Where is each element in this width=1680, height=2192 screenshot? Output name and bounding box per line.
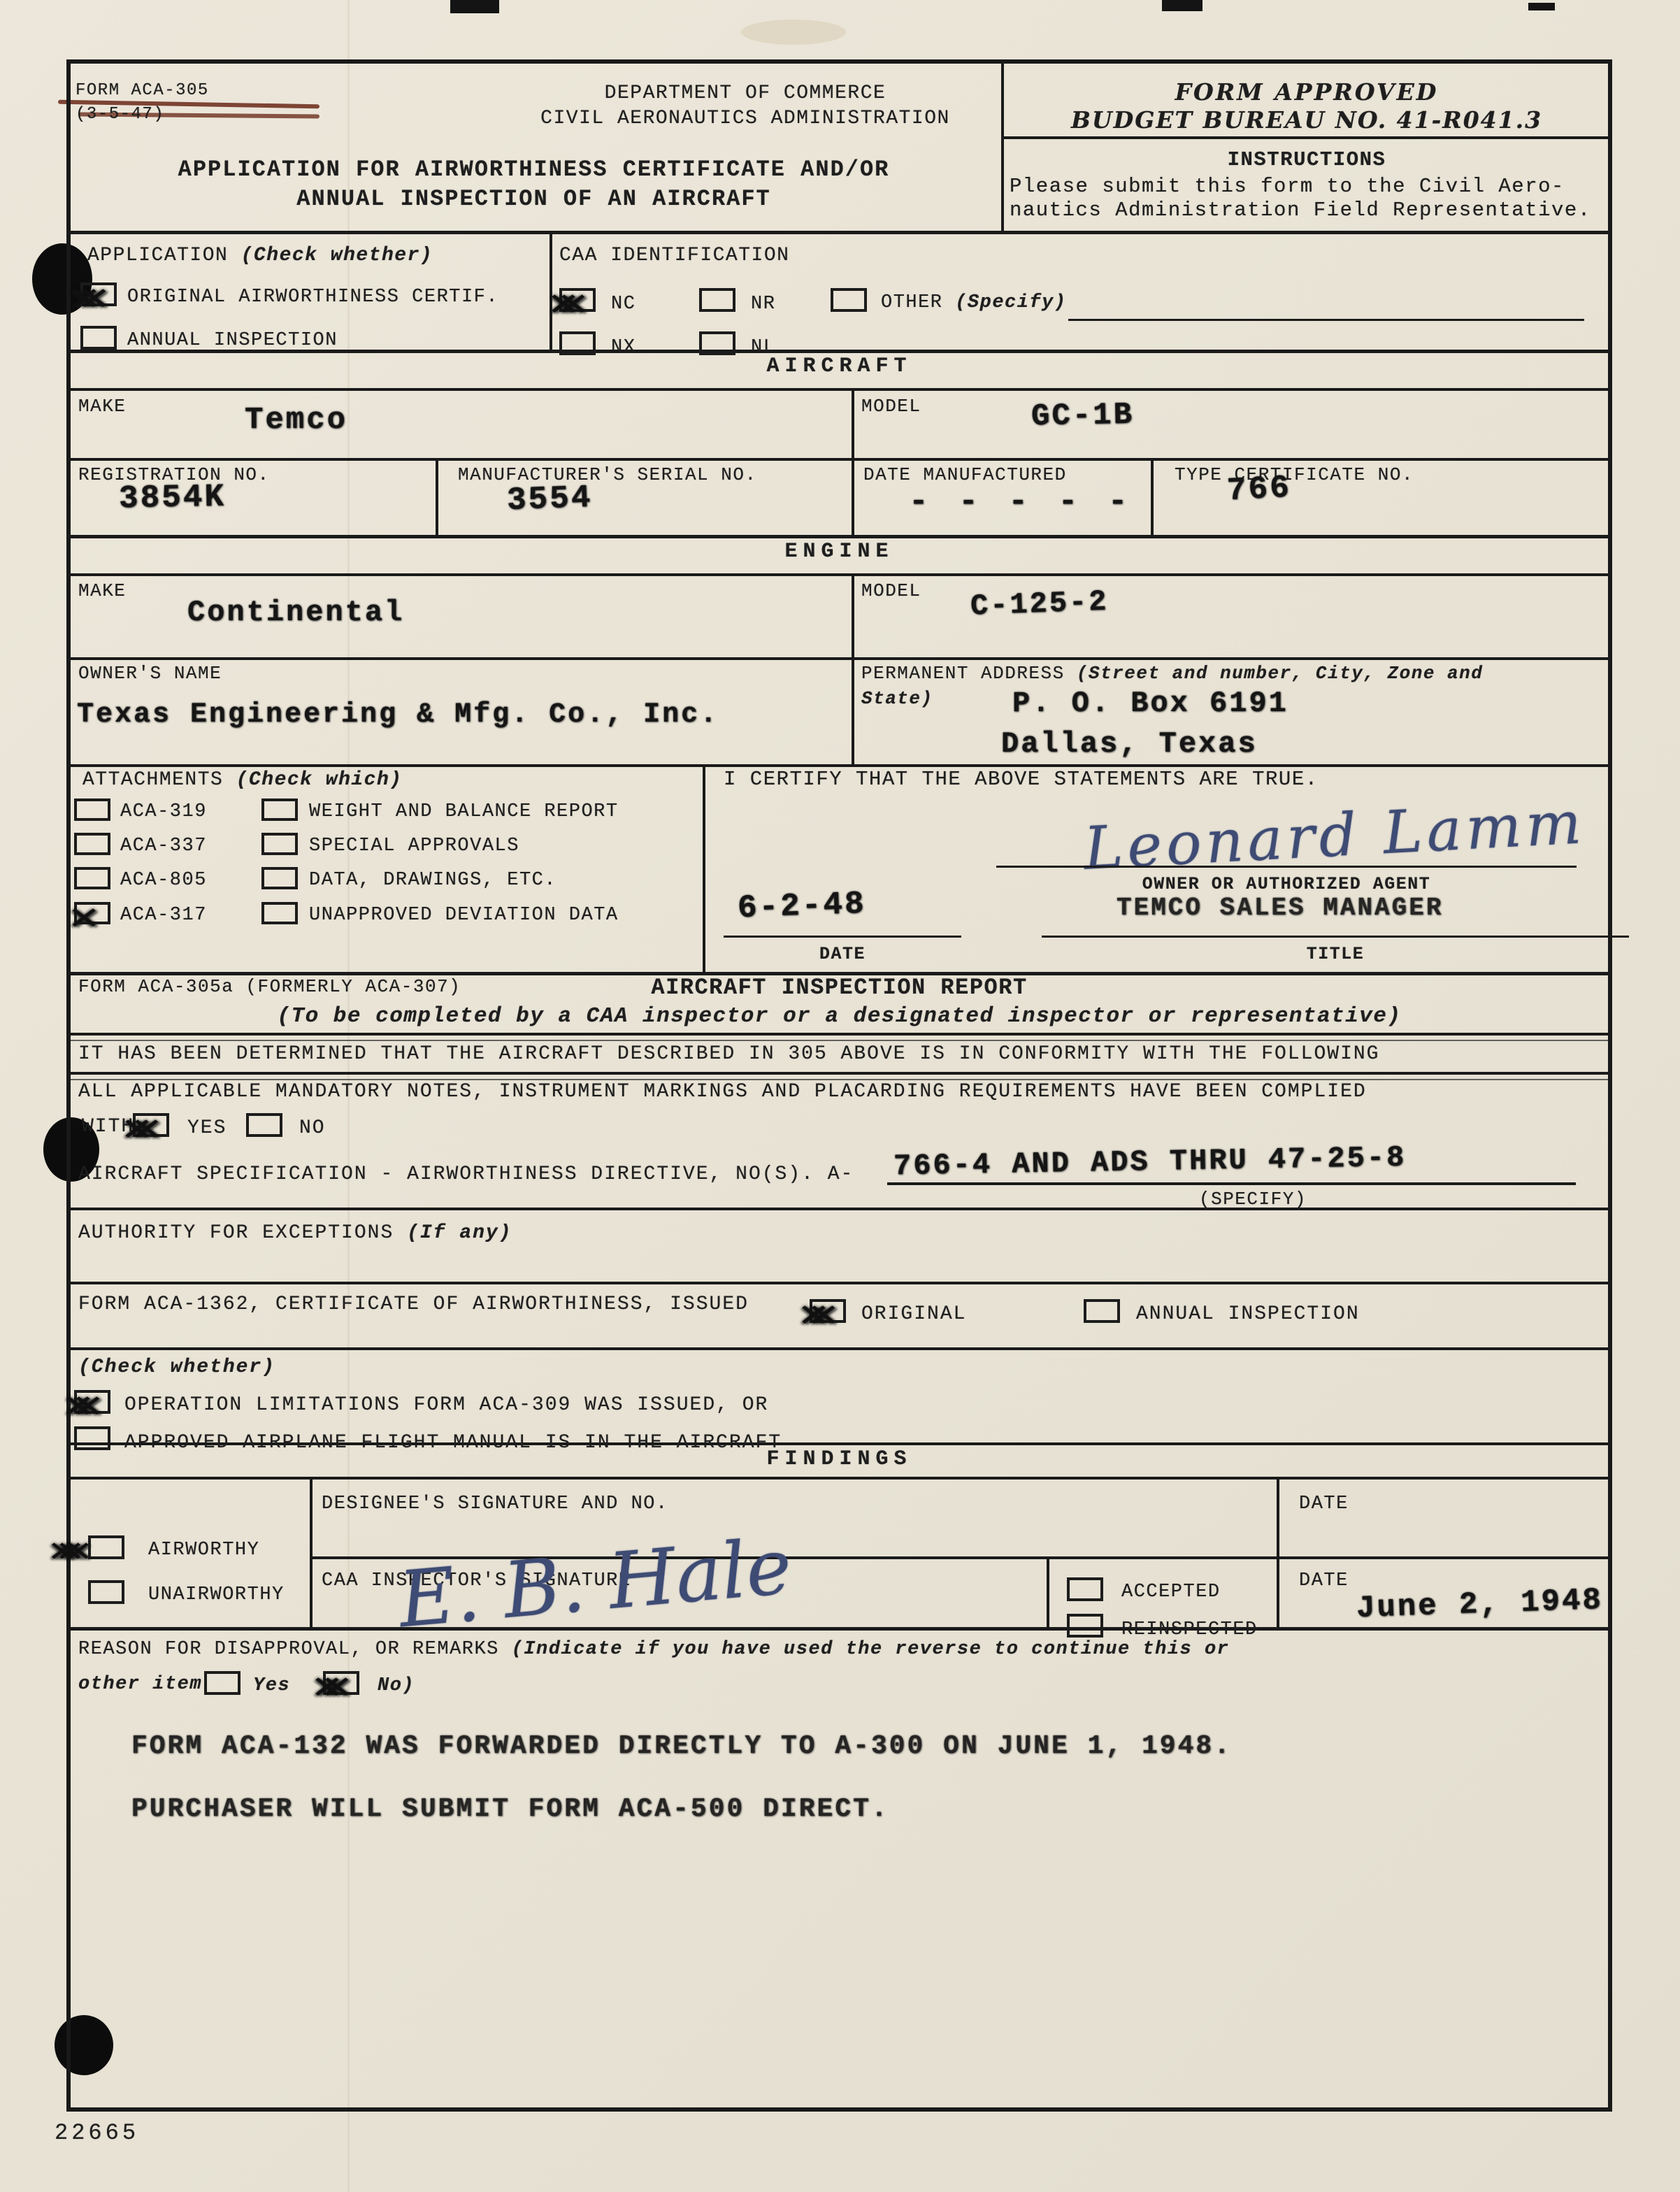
checkbox-data-drawings-label: DATA, DRAWINGS, ETC. [309,870,557,891]
type-certificate-value: 766 [1226,470,1292,510]
owner-address-line1: P. O. Box 6191 [1012,687,1288,720]
divider [66,231,1612,234]
form-edition: (3-5-47) [76,105,164,124]
divider [703,764,705,972]
date-manufactured-label: DATE MANUFACTURED [863,464,1067,485]
checkbox-issued-annual-label: ANNUAL INSPECTION [1136,1303,1360,1325]
divider [66,1627,1612,1631]
other-label-text: OTHER [881,292,943,313]
remarks-hint-line1: (Indicate if you have used the reverse t… [512,1639,1230,1660]
designee-date-label: DATE [1299,1493,1349,1514]
checkbox-aca-319 [74,798,110,821]
inspection-subtitle: (To be completed by a CAA inspector or a… [66,1004,1612,1029]
divider [66,458,1612,461]
divider [66,388,1612,391]
attachments-hint: (Check which) [236,769,403,791]
remarks-body-line1: FORM ACA-132 WAS FORWARDED DIRECTLY TO A… [131,1731,1232,1761]
certify-date-value: 6-2-48 [737,886,866,926]
checkbox-original-airworthiness [80,282,117,306]
divider [66,764,1612,767]
remarks-body-line2: PURCHASER WILL SUBMIT FORM ACA-500 DIREC… [131,1794,889,1824]
checkbox-airworthy-label: AIRWORTHY [148,1540,259,1561]
owner-name-label: OWNER'S NAME [78,663,222,684]
checkbox-nr [699,288,735,312]
aircraft-make-value: Temco [245,403,347,438]
checkbox-operation-limitations-label: OPERATION LIMITATIONS FORM ACA-309 WAS I… [124,1394,768,1416]
checkbox-complied-yes-label: YES [187,1117,227,1139]
scan-edge-mark [450,0,499,13]
form-approved-line2: BUDGET BUREAU NO. 41-R041.3 [1001,106,1612,134]
checkbox-issued-annual [1084,1299,1120,1323]
aca1362-label: FORM ACA-1362, CERTIFICATE OF AIRWORTHIN… [78,1294,749,1315]
checkbox-accepted-label: ACCEPTED [1121,1582,1221,1603]
checkbox-nc [559,288,596,312]
remarks-label: REASON FOR DISAPPROVAL, OR REMARKS (Indi… [78,1639,1229,1660]
checkbox-reverse-no-label: No) [378,1675,415,1696]
caa-identification-label: CAA IDENTIFICATION [559,245,789,266]
checkbox-operation-limitations [74,1390,110,1414]
spec-directive-label: AIRCRAFT SPECIFICATION - AIRWORTHINESS D… [78,1163,854,1185]
certify-title-caption: TITLE [1042,944,1629,964]
divider [66,657,1612,660]
registration-value: 3854K [119,479,227,517]
engine-model-value: C-125-2 [970,585,1109,624]
certify-title-line [1042,936,1629,938]
attachments-label: ATTACHMENTS (Check which) [82,769,403,791]
aircraft-section-title: AIRCRAFT [66,354,1612,378]
checkbox-flight-manual [74,1426,110,1450]
application-label-text: APPLICATION [87,245,228,266]
checkbox-original-airworthiness-label: ORIGINAL AIRWORTHINESS CERTIF. [127,287,498,308]
checkbox-unapproved-deviation-label: UNAPPROVED DEVIATION DATA [309,905,619,926]
checkbox-nr-label: NR [751,294,775,315]
divider [66,1477,1612,1480]
specify-hint: (SPECIFY) [1199,1189,1307,1210]
checkbox-aca-337 [74,833,110,855]
inspection-date-label: DATE [1299,1570,1349,1591]
checkbox-special-approvals-label: SPECIAL APPROVALS [309,836,519,857]
engine-make-value: Continental [187,596,404,629]
aircraft-model-label: MODEL [861,396,921,417]
scan-edge-mark [1528,3,1555,10]
engine-make-label: MAKE [78,580,126,601]
date-manufactured-value: - - - - - [909,484,1133,520]
owner-signature-line [996,866,1577,868]
checkbox-complied-yes [133,1113,169,1137]
divider [310,1477,313,1627]
checkbox-reinspected [1067,1614,1103,1638]
divider [66,1208,1612,1210]
checkbox-nl [699,331,735,355]
address-hint-line1: (Street and number, City, Zone and [1077,663,1484,684]
divider [66,1033,1612,1036]
form-title-line2: ANNUAL INSPECTION OF AN AIRCRAFT [66,186,1001,212]
divider [1001,136,1612,139]
checkbox-accepted [1067,1577,1103,1601]
divider [66,1040,1612,1041]
certify-statement: I CERTIFY THAT THE ABOVE STATEMENTS ARE … [724,768,1319,791]
checkbox-aca-317-label: ACA-317 [120,905,207,926]
checkbox-aca-805 [74,867,110,889]
checkbox-unairworthy-label: UNAIRWORTHY [148,1584,285,1605]
engine-section-title: ENGINE [66,540,1612,564]
checkbox-special-approvals [261,833,298,855]
instructions-line1: Please submit this form to the Civil Aer… [1010,175,1565,198]
checkbox-unairworthy [88,1580,124,1604]
checkbox-airworthy [88,1535,124,1559]
divider [66,1072,1612,1075]
checkbox-reverse-yes-label: Yes [253,1675,290,1696]
administration-name: CIVIL AERONAUTICS ADMINISTRATION [489,108,1001,129]
checkbox-issued-original [810,1299,846,1323]
application-label: APPLICATION (Check whether) [87,245,433,266]
page-serial-number: 22665 [55,2120,139,2146]
divider [1151,458,1154,535]
certify-date-line [724,936,961,938]
checkbox-data-drawings [261,867,298,889]
findings-section-title: FINDINGS [66,1447,1612,1471]
checkbox-complied-no-label: NO [299,1117,326,1139]
owner-signature-caption: OWNER OR AUTHORIZED AGENT [996,874,1577,894]
owner-name-value: Texas Engineering & Mfg. Co., Inc. [77,699,719,731]
checkbox-issued-original-label: ORIGINAL [861,1303,966,1325]
inspection-title: AIRCRAFT INSPECTION REPORT [66,975,1612,1001]
divider [66,1347,1612,1350]
check-whether-hint: (Check whether) [78,1356,275,1378]
other-specify-hint: (Specify) [955,292,1066,313]
instructions-line2: nautics Administration Field Representat… [1010,199,1591,222]
owner-address-line2: Dallas, Texas [1001,727,1258,761]
address-hint-line2: State) [861,688,933,709]
checkbox-unapproved-deviation [261,902,298,924]
aircraft-make-label: MAKE [78,396,126,417]
application-hint: (Check whether) [241,245,433,266]
divider [66,1282,1612,1284]
divider [66,535,1612,538]
checkbox-aca-319-label: ACA-319 [120,801,207,822]
checkbox-other-label: OTHER (Specify) [881,292,1067,313]
divider [1277,1477,1279,1627]
checkbox-weight-balance [261,798,298,821]
divider [436,458,438,535]
form-title-line1: APPLICATION FOR AIRWORTHINESS CERTIFICAT… [66,157,1001,182]
checkbox-aca-317 [74,902,110,924]
address-label-text: PERMANENT ADDRESS [861,663,1065,684]
checkbox-annual-inspection [80,326,117,350]
department-name: DEPARTMENT OF COMMERCE [489,83,1001,104]
aircraft-model-value: GC-1B [1031,398,1135,435]
serial-value: 3554 [506,480,593,519]
checkbox-weight-balance-label: WEIGHT AND BALANCE REPORT [309,801,619,822]
checkbox-reverse-no [323,1671,359,1695]
checkbox-complied-no [246,1113,282,1137]
remarks-label-text: REASON FOR DISAPPROVAL, OR REMARKS [78,1639,499,1660]
checkbox-nx [559,331,596,355]
age-stain [741,20,846,45]
checkbox-annual-inspection-label: ANNUAL INSPECTION [127,330,338,351]
permanent-address-label: PERMANENT ADDRESS (Street and number, Ci… [861,663,1483,684]
divider [66,573,1612,576]
divider [66,1079,1612,1080]
instructions-title: INSTRUCTIONS [1001,148,1612,171]
type-certificate-label: TYPE CERTIFICATE NO. [1175,464,1414,485]
spec-directive-line [887,1182,1576,1185]
certify-date-caption: DATE [724,944,961,964]
designee-signature-label: DESIGNEE'S SIGNATURE AND NO. [322,1493,668,1514]
scanned-form-page: FORM ACA-305 (3-5-47) DEPARTMENT OF COMM… [0,0,1680,2192]
attachments-label-text: ATTACHMENTS [82,769,223,791]
checkbox-aca-805-label: ACA-805 [120,870,207,891]
checkbox-nc-label: NC [611,294,636,315]
checkbox-other [831,288,867,312]
determination-text: IT HAS BEEN DETERMINED THAT THE AIRCRAFT… [78,1043,1379,1065]
serial-label: MANUFACTURER'S SERIAL NO. [458,464,757,485]
scan-edge-mark [1162,0,1202,11]
form-approved-line1: FORM APPROVED [1001,78,1612,106]
authority-label-text: AUTHORITY FOR EXCEPTIONS [78,1222,394,1244]
divider [852,573,854,764]
divider [1047,1556,1049,1627]
engine-model-label: MODEL [861,580,921,601]
remarks-hint-line2: other item [78,1674,202,1695]
form-number: FORM ACA-305 [76,81,209,100]
authority-exceptions-label: AUTHORITY FOR EXCEPTIONS (If any) [78,1222,512,1244]
authority-hint: (If any) [407,1222,512,1244]
other-specify-line [1068,319,1584,321]
checkbox-reinspected-label: REINSPECTED [1121,1619,1258,1640]
certify-title-value: TEMCO SALES MANAGER [1117,894,1443,922]
checkbox-reverse-yes [204,1671,240,1695]
checkbox-aca-337-label: ACA-337 [120,836,207,857]
divider [852,388,854,535]
complied-text: ALL APPLICABLE MANDATORY NOTES, INSTRUME… [78,1081,1367,1103]
